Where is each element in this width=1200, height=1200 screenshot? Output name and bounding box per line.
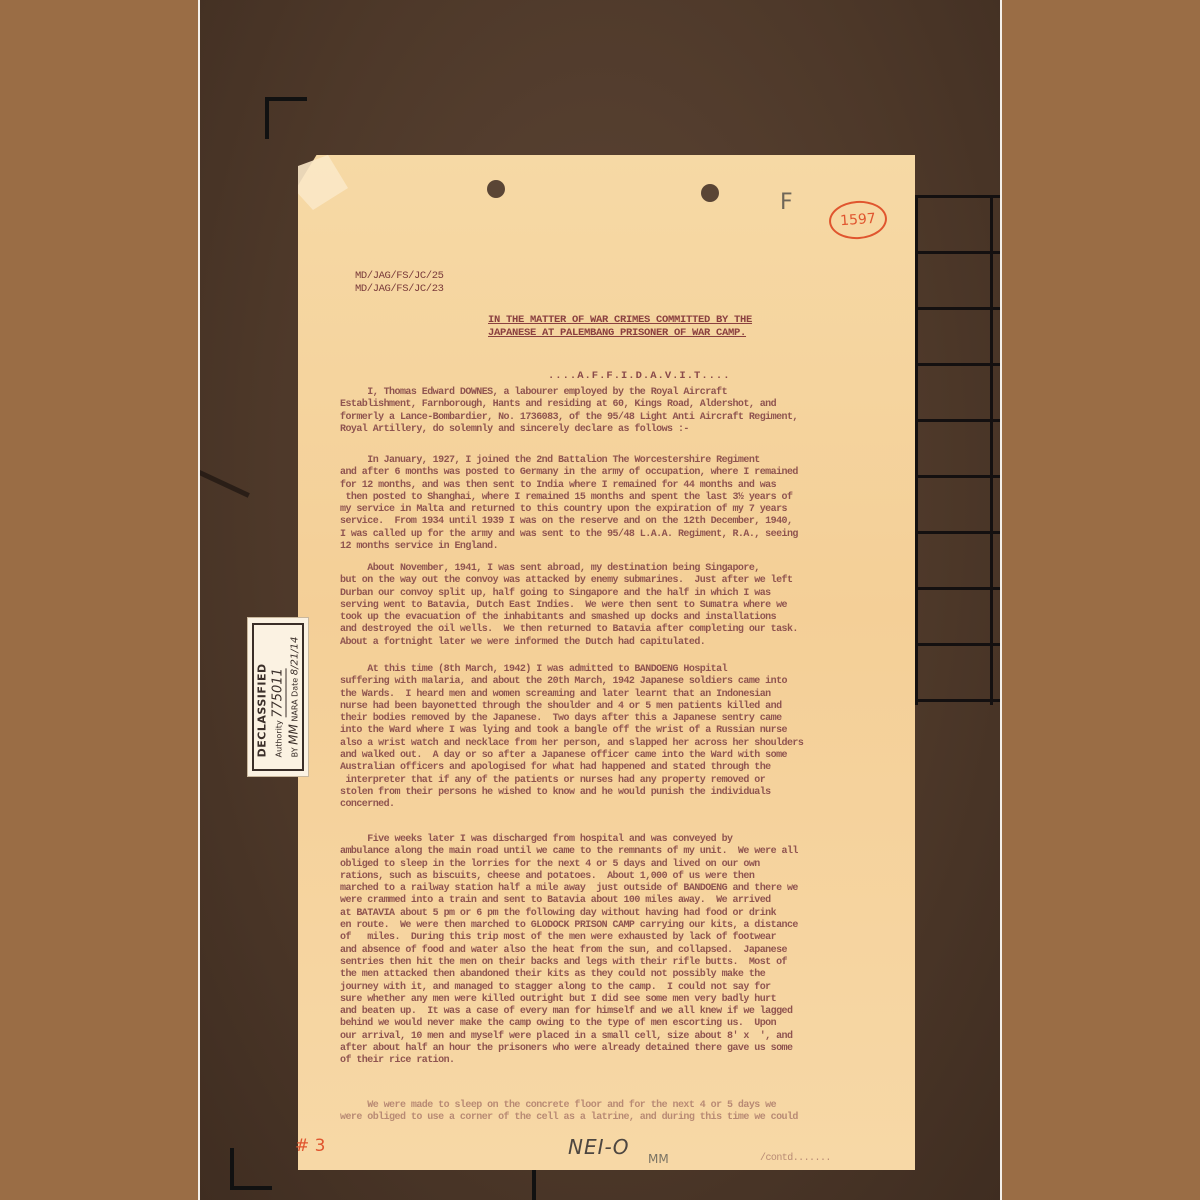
text-line: and after 6 months was posted to Germany… [340,467,895,479]
text-line: and destroyed the oil wells. We then ret… [340,624,895,636]
text-line: for 12 months, and was then sent to Indi… [340,480,895,492]
punch-hole [487,180,505,198]
text-line: nurse had been bayonetted through the sh… [340,701,895,713]
punch-hole [701,184,719,202]
text-line: their bodies removed by the Japanese. Tw… [340,713,895,725]
frame-divider [1000,0,1002,1200]
text-line: the men attacked then abandoned their ki… [340,969,895,981]
paragraph-service-history: In January, 1927, I joined the 2nd Batta… [340,455,895,553]
text-line: We were made to sleep on the concrete fl… [340,1100,895,1112]
text-line: my service in Malta and returned to this… [340,504,895,516]
text-line: formerly a Lance-Bombardier, No. 1736083… [340,412,895,424]
text-line: I was called up for the army and was sen… [340,529,895,541]
grid-line [915,195,918,705]
continuation-mark: /contd....... [760,1153,831,1165]
text-line: were obliged to use a corner of the cell… [340,1112,895,1124]
text-line: en route. We were then marched to GLODOC… [340,920,895,932]
grid-line [915,195,1000,198]
text-line: About November, 1941, I was sent abroad,… [340,563,895,575]
paragraph-hospital: At this time (8th March, 1942) I was adm… [340,664,895,812]
background-grid [915,195,1000,1125]
text-line: sure whether any men were killed outrigh… [340,994,895,1006]
reference-number: MD/JAG/FS/JC/25 [355,270,444,283]
handwritten-item-number: # 3 [295,1136,325,1156]
text-line: of their rice ration. [340,1055,895,1067]
text-line: I, Thomas Edward DOWNES, a labourer empl… [340,387,895,399]
title-line: IN THE MATTER OF WAR CRIMES COMMITTED BY… [488,314,752,327]
text-line: obliged to sleep in the lorries for the … [340,859,895,871]
text-line: after about half an hour the prisoners w… [340,1043,895,1055]
text-line: Royal Artillery, do solemnly and sincere… [340,424,895,436]
stamp-authority-label: Authority [275,720,284,757]
text-line: Durban our convoy split up, half going t… [340,588,895,600]
handwritten-file-code: NEI-O [568,1135,629,1159]
text-line: At this time (8th March, 1942) I was adm… [340,664,895,676]
text-line: then posted to Shanghai, where I remaine… [340,492,895,504]
stamp-date-value: 8/21/14 [290,637,301,676]
grid-line [915,251,1000,254]
grid-line [915,475,1000,478]
paragraph-march: Five weeks later I was discharged from h… [340,834,895,1068]
grid-line [915,363,1000,366]
text-line: interpreter that if any of the patients … [340,775,895,787]
text-line: but on the way out the convoy was attack… [340,575,895,587]
handwritten-letter-mark: F [780,190,793,215]
affidavit-heading: ....A.F.F.I.D.A.V.I.T.... [548,370,731,382]
text-line: and walked out. A day or so after a Japa… [340,750,895,762]
grid-line [915,419,1000,422]
declassified-stamp: DECLASSIFIED Authority 775011 BY MM NARA… [247,617,309,777]
text-line: suffering with malaria, and about the 20… [340,676,895,688]
grid-line [990,195,993,705]
text-line: the Wards. I heard men and women screami… [340,689,895,701]
stamp-border: DECLASSIFIED Authority 775011 BY MM NARA… [252,623,304,771]
stamp-authority-line: Authority 775011 [271,637,286,758]
left-margin-panel [0,0,198,1200]
stamp-by-line: BY MM NARA Date 8/21/14 [287,637,301,758]
text-line: and beaten up. It was a case of every ma… [340,1006,895,1018]
grid-line [915,307,1000,310]
reference-number: MD/JAG/FS/JC/23 [355,283,444,296]
text-line: In January, 1927, I joined the 2nd Batta… [340,455,895,467]
grid-line [915,531,1000,534]
stamp-title: DECLASSIFIED [256,637,269,758]
text-line: marched to a railway station half a mile… [340,883,895,895]
text-line: of miles. During this trip most of the m… [340,932,895,944]
paragraph-cell: We were made to sleep on the concrete fl… [340,1100,895,1125]
text-line: into the Ward where I was lying and took… [340,725,895,737]
text-line: journey with it, and managed to stagger … [340,982,895,994]
registration-cross-mark [532,1165,536,1200]
text-line: stolen from their persons he wished to k… [340,787,895,799]
stamp-authority-value: 775011 [271,668,287,718]
handwritten-initials: MM [648,1152,669,1166]
text-line: ambulance along the main road until we c… [340,846,895,858]
text-line: at BATAVIA about 5 pm or 6 pm the follow… [340,908,895,920]
stamp-by-label: BY [291,747,300,757]
text-line: 12 months service in England. [340,541,895,553]
text-line: Five weeks later I was discharged from h… [340,834,895,846]
text-line: and absence of food and water also the h… [340,945,895,957]
grid-line [915,643,1000,646]
reference-numbers: MD/JAG/FS/JC/25 MD/JAG/FS/JC/23 [355,270,444,296]
stamp-by-value: MM [287,724,301,745]
background-mark [200,470,250,498]
text-line: our arrival, 10 men and myself were plac… [340,1031,895,1043]
text-line: also a wrist watch and necklace from her… [340,738,895,750]
right-margin-panel [1002,0,1200,1200]
text-line: About a fortnight later we were informed… [340,637,895,649]
document-title: IN THE MATTER OF WAR CRIMES COMMITTED BY… [488,314,752,340]
text-line: Establishment, Farnborough, Hants and re… [340,399,895,411]
text-line: serving went to Batavia, Dutch East Indi… [340,600,895,612]
registration-corner-mark [230,1148,272,1190]
text-line: concerned. [340,799,895,811]
paragraph-declaration: I, Thomas Edward DOWNES, a labourer empl… [340,387,895,436]
text-line: behind we would never make the camp owin… [340,1018,895,1030]
stamp-content: DECLASSIFIED Authority 775011 BY MM NARA… [256,637,301,758]
text-line: Australian officers and apologised for w… [340,762,895,774]
paragraph-voyage: About November, 1941, I was sent abroad,… [340,563,895,649]
text-line: service. From 1934 until 1939 I was on t… [340,516,895,528]
title-line: JAPANESE AT PALEMBANG PRISONER OF WAR CA… [488,327,752,340]
grid-line [915,699,1000,702]
registration-corner-mark [265,97,307,139]
stamp-date-label: NARA Date [291,678,300,722]
grid-line [915,587,1000,590]
text-line: sentries then hit the men on their backs… [340,957,895,969]
text-line: took up the evacuation of the inhabitant… [340,612,895,624]
text-line: were crammed into a train and sent to Ba… [340,895,895,907]
text-line: rations, such as biscuits, cheese and po… [340,871,895,883]
